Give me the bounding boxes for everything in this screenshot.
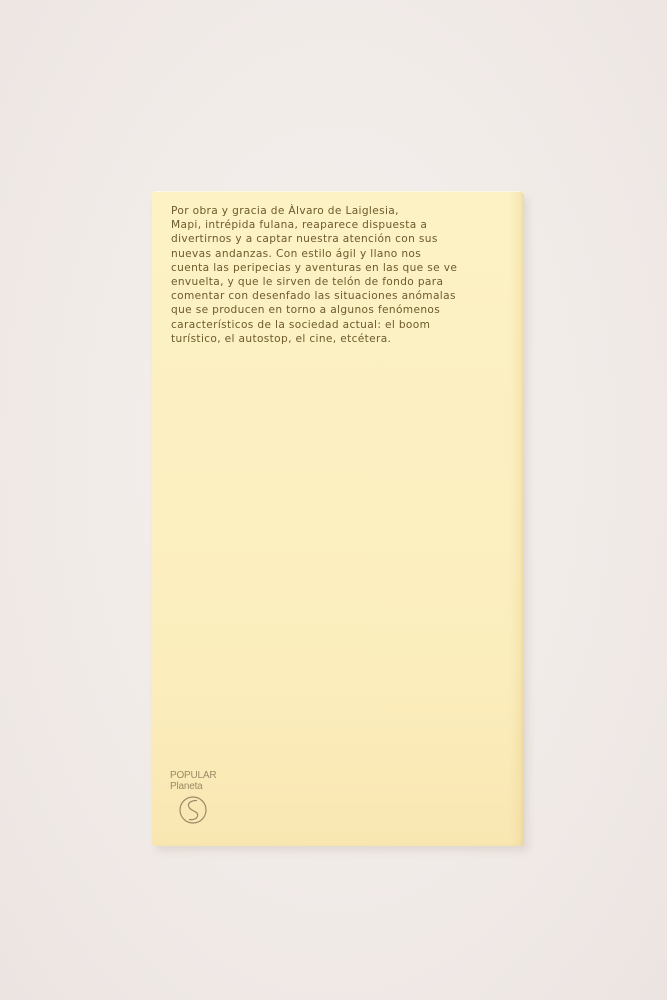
book-back-cover: Por obra y gracia de Àlvaro de Laiglesia… [152,191,524,846]
blurb-text: Por obra y gracia de Àlvaro de Laiglesia… [171,204,511,346]
publisher-logo: POPULAR Planeta [170,771,230,827]
logo-series-name: POPULAR [170,771,230,781]
planeta-s-circle-icon [178,795,208,825]
logo-publisher-name: Planeta [170,781,230,792]
